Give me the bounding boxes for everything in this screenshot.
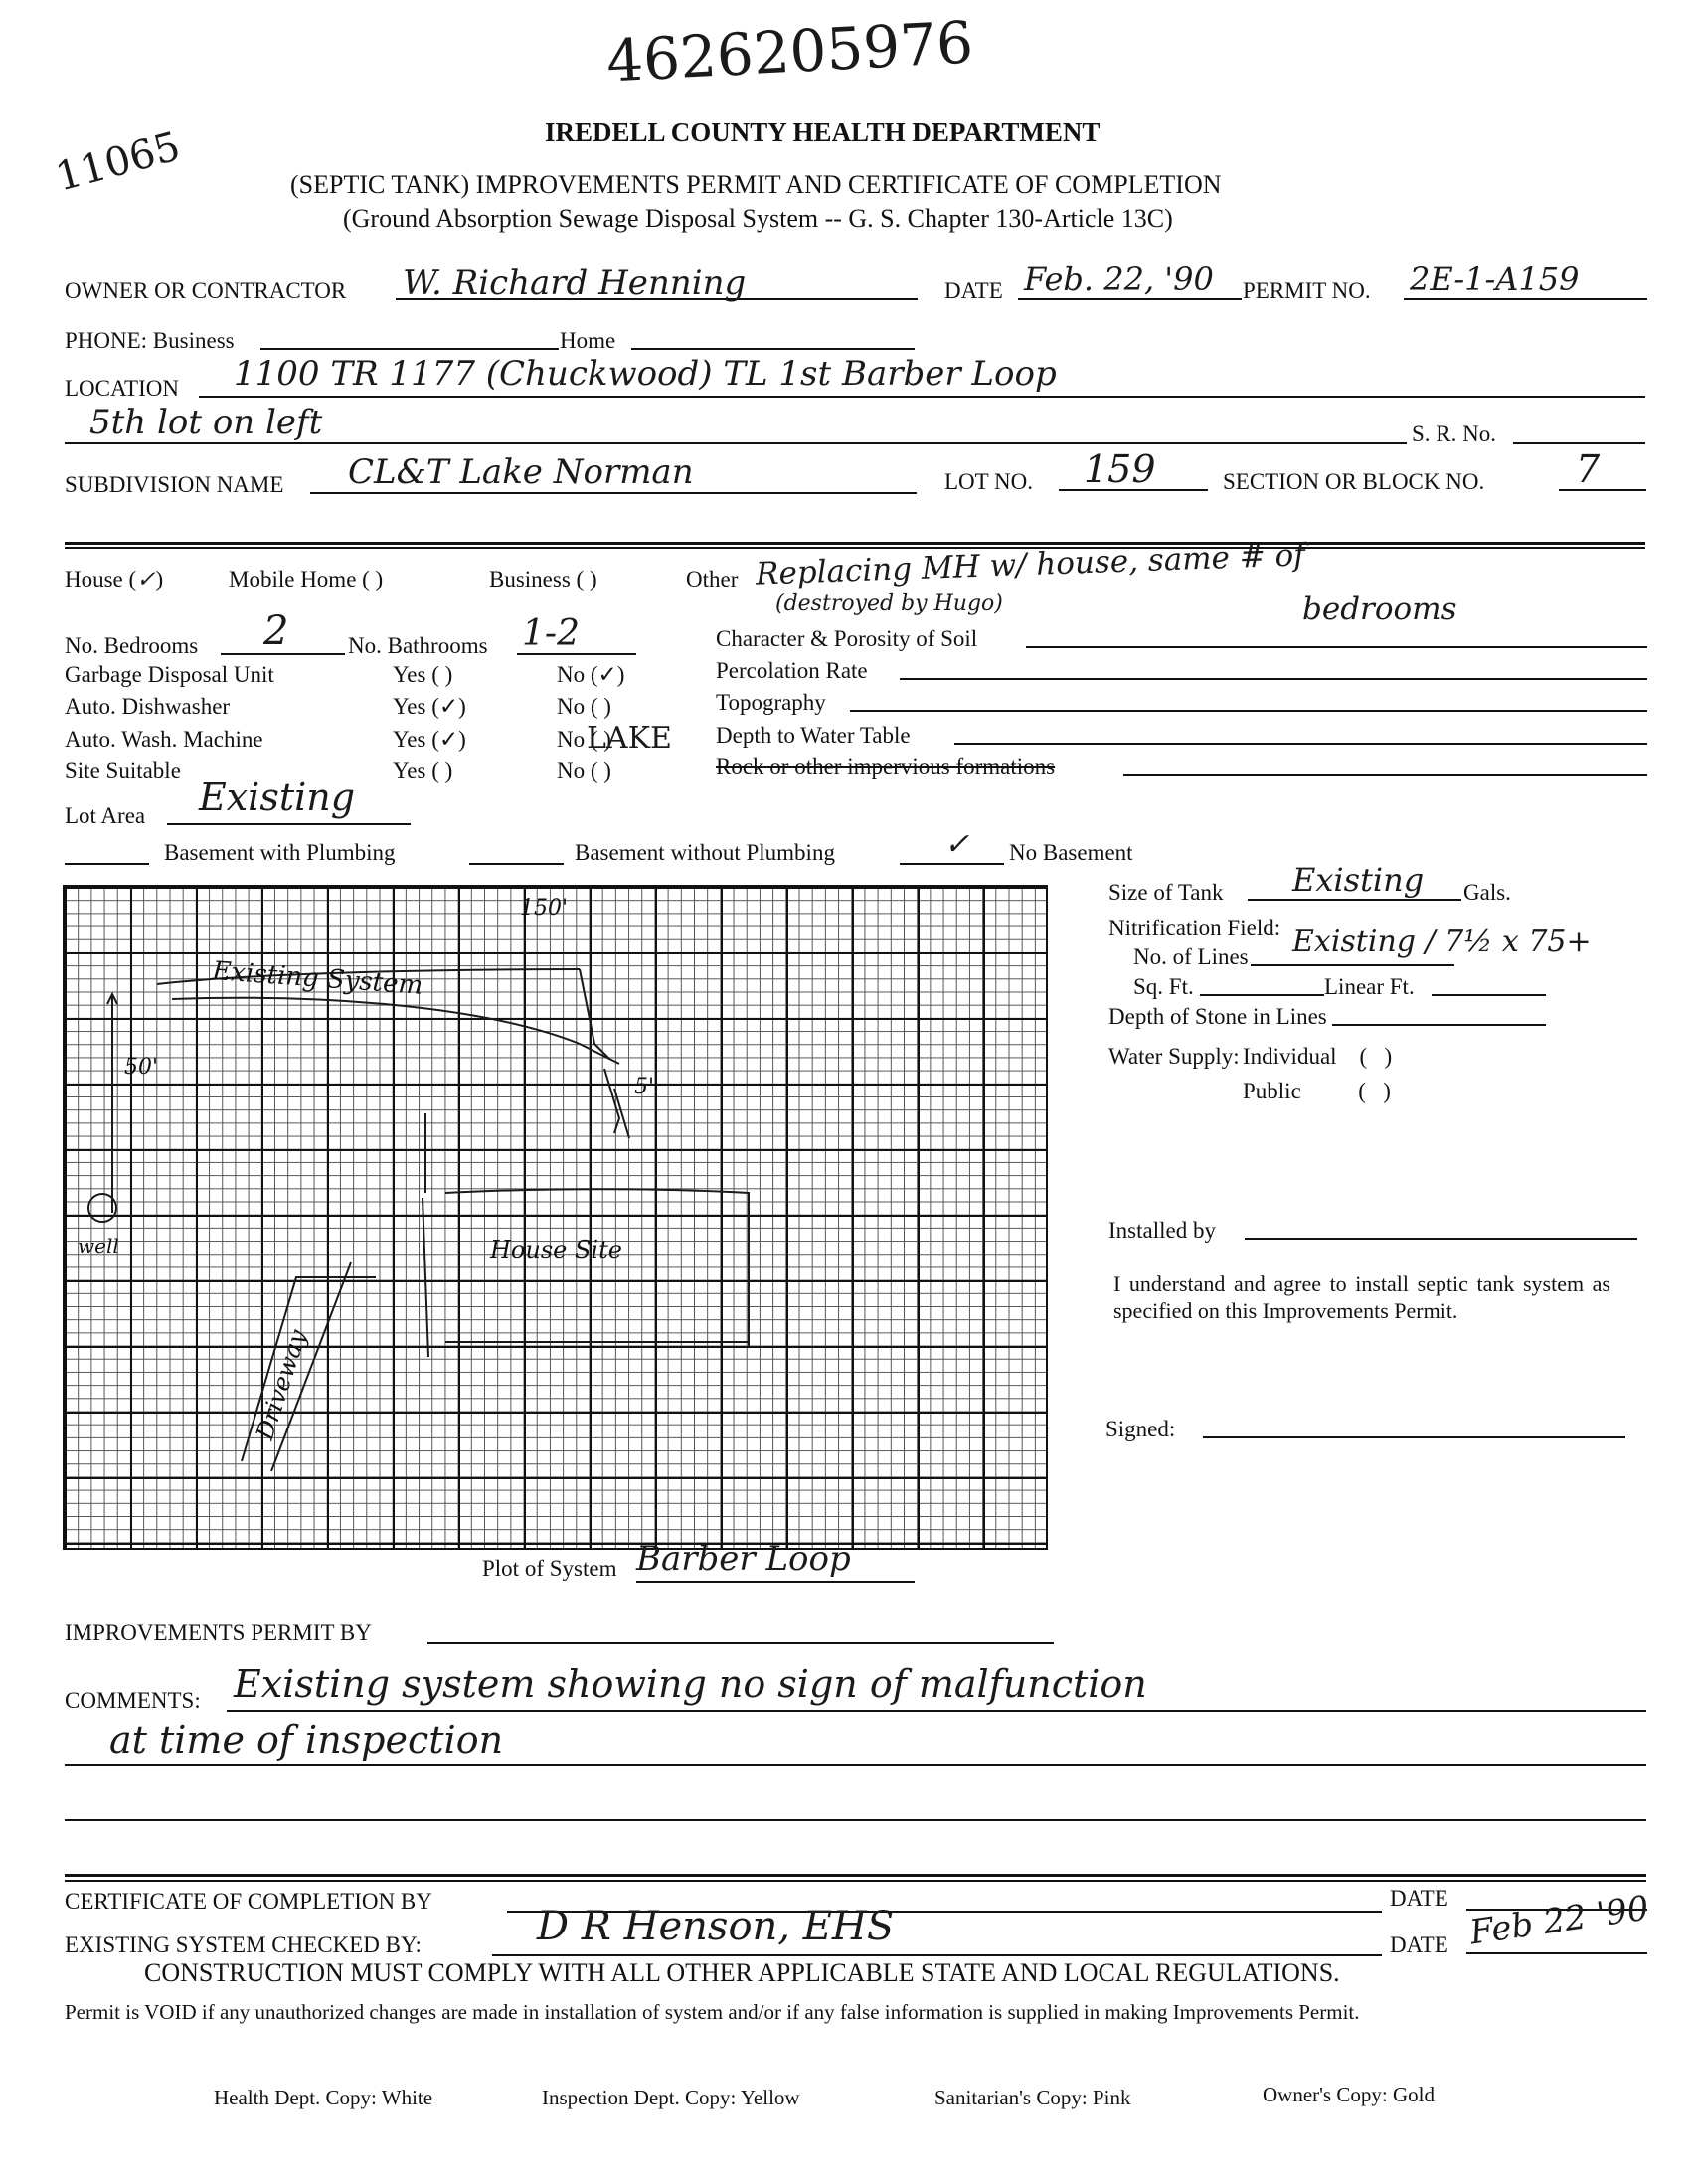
dishwasher-no[interactable]: No ( ) (557, 694, 611, 720)
wash-machine-label: Auto. Wash. Machine (65, 727, 263, 753)
percolation-field[interactable] (900, 678, 1647, 680)
location-line1-field[interactable]: 1100 TR 1177 (Chuckwood) TL 1st Barber L… (234, 354, 1057, 394)
date-field[interactable]: Feb. 22, '90 (1024, 260, 1214, 298)
lake-annotation: LAKE (587, 721, 672, 756)
location-line2-field[interactable]: 5th lot on left (89, 403, 322, 442)
water-table-label: Depth to Water Table (716, 723, 911, 749)
checked-by-label: EXISTING SYSTEM CHECKED BY: (65, 1932, 422, 1958)
other-label: Other (686, 567, 738, 592)
plot-sketch: 150' Existing System 50' 5' well House S… (63, 885, 1044, 1546)
bedrooms-field[interactable]: 2 (263, 608, 288, 654)
phone-business-field[interactable] (260, 348, 559, 350)
linear-ft-field[interactable] (1432, 994, 1546, 996)
sr-no-label: S. R. No. (1412, 421, 1496, 447)
no-basement-checkmark[interactable]: ✓ (944, 827, 969, 862)
installed-by-label: Installed by (1108, 1218, 1216, 1244)
linear-ft-label: Linear Ft. (1324, 974, 1415, 1000)
checked-by-field[interactable]: D R Henson, EHS (537, 1904, 894, 1949)
compliance-notice: CONSTRUCTION MUST COMPLY WITH ALL OTHER … (144, 1958, 1340, 1988)
owner-label: OWNER OR CONTRACTOR (65, 278, 346, 304)
other-field[interactable]: Replacing MH w/ house, same # of (756, 537, 1306, 591)
percolation-label: Percolation Rate (716, 658, 868, 684)
comments-label: COMMENTS: (65, 1688, 201, 1714)
plot-of-system-field[interactable]: Barber Loop (636, 1539, 851, 1579)
phone-business-label: PHONE: Business (65, 328, 235, 354)
site-suitable-no[interactable]: No ( ) (557, 758, 611, 784)
permit-no-label: PERMIT NO. (1243, 278, 1371, 304)
house-checkmark: ✓ (136, 567, 155, 592)
sketch-distance-left: 50' (124, 1055, 158, 1080)
plot-of-system-label: Plot of System (482, 1556, 616, 1582)
signed-label: Signed: (1105, 1417, 1175, 1442)
water-public-option[interactable]: Public ( ) (1243, 1079, 1391, 1104)
void-notice: Permit is VOID if any unauthorized chang… (65, 2000, 1536, 2025)
water-individual-option[interactable]: Individual ( ) (1243, 1044, 1392, 1070)
agency-heading: IREDELL COUNTY HEALTH DEPARTMENT (545, 117, 1100, 148)
stone-depth-label: Depth of Stone in Lines (1108, 1004, 1327, 1030)
installed-by-field[interactable] (1245, 1238, 1637, 1240)
soil-character-field[interactable] (1026, 646, 1647, 648)
section-label: SECTION OR BLOCK NO. (1223, 469, 1484, 495)
tank-size-label: Size of Tank (1108, 880, 1224, 906)
document-number-annotation: 4626205976 (604, 8, 974, 94)
section-field[interactable]: 7 (1576, 447, 1600, 491)
no-of-lines-label: No. of Lines (1133, 944, 1249, 970)
sketch-existing-system: Existing System (211, 956, 424, 1001)
rock-formations-field[interactable] (1123, 774, 1647, 776)
phone-home-label: Home (560, 328, 615, 354)
sq-ft-field[interactable] (1200, 994, 1324, 996)
sq-ft-label: Sq. Ft. (1133, 974, 1194, 1000)
sketch-driveway: Driveway (251, 1326, 312, 1444)
garbage-disposal-yes[interactable]: Yes ( ) (393, 662, 452, 688)
sketch-distance-top: 150' (520, 896, 568, 921)
rock-formations-label: Rock or other impervious formations (716, 755, 1055, 780)
lot-area-field[interactable]: Existing (199, 775, 355, 819)
sketch-house-site: House Site (489, 1236, 622, 1263)
nitrification-label: Nitrification Field: (1108, 916, 1280, 941)
comments-line1[interactable]: Existing system showing no sign of malfu… (234, 1662, 1147, 1706)
basement-with-field[interactable] (65, 863, 149, 865)
water-supply-label: Water Supply: (1108, 1044, 1240, 1070)
lot-no-field[interactable]: 159 (1084, 447, 1156, 491)
no-of-lines-field[interactable]: Existing / 7½ x 75+ (1292, 924, 1592, 959)
owner-field[interactable]: W. Richard Henning (403, 263, 746, 303)
lot-no-label: LOT NO. (944, 469, 1033, 495)
dishwasher-yes[interactable]: Yes (✓) (393, 694, 466, 720)
comments-line2[interactable]: at time of inspection (109, 1718, 503, 1762)
sketch-well: well (78, 1234, 119, 1258)
improvements-permit-by-label: IMPROVEMENTS PERMIT BY (65, 1620, 372, 1646)
permit-no-field[interactable]: 2E-1-A159 (1410, 260, 1579, 298)
other-note: (destroyed by Hugo) (775, 591, 1003, 616)
bathrooms-label: No. Bathrooms (348, 633, 488, 659)
house-option[interactable]: House (✓) (65, 567, 163, 592)
location-label: LOCATION (65, 376, 179, 402)
topography-field[interactable] (850, 710, 1647, 712)
stone-depth-field[interactable] (1332, 1024, 1546, 1026)
mobile-home-option[interactable]: Mobile Home ( ) (229, 567, 383, 592)
form-title: (SEPTIC TANK) IMPROVEMENTS PERMIT AND CE… (290, 170, 1222, 200)
water-table-field[interactable] (954, 743, 1647, 745)
subdivision-field[interactable]: CL&T Lake Norman (348, 452, 694, 492)
date-label: DATE (944, 278, 1003, 304)
subdivision-label: SUBDIVISION NAME (65, 472, 283, 498)
copy-sanitarian: Sanitarian's Copy: Pink (934, 2086, 1130, 2110)
copy-owner: Owner's Copy: Gold (1263, 2083, 1435, 2107)
agreement-text: I understand and agree to install septic… (1113, 1270, 1610, 1324)
checked-date-label: DATE (1390, 1932, 1448, 1958)
gals-label: Gals. (1463, 880, 1511, 906)
bedrooms-label: No. Bedrooms (65, 633, 198, 659)
basement-with-label: Basement with Plumbing (164, 840, 396, 866)
business-option[interactable]: Business ( ) (489, 567, 597, 592)
margin-number-annotation: 11065 (51, 123, 185, 200)
site-suitable-yes[interactable]: Yes ( ) (393, 758, 452, 784)
tank-size-field[interactable]: Existing (1292, 861, 1424, 899)
garbage-disposal-no[interactable]: No (✓) (557, 662, 624, 688)
copy-health-dept: Health Dept. Copy: White (214, 2086, 432, 2110)
bathrooms-field[interactable]: 1-2 (522, 613, 580, 654)
sr-no-field[interactable] (1513, 442, 1645, 444)
signed-field[interactable] (1203, 1436, 1625, 1438)
other-field-continued: bedrooms (1302, 591, 1456, 627)
no-basement-label: No Basement (1009, 840, 1133, 866)
basement-without-label: Basement without Plumbing (575, 840, 835, 866)
wash-machine-yes[interactable]: Yes (✓) (393, 727, 466, 753)
lot-area-label: Lot Area (65, 803, 145, 829)
sketch-distance-right: 5' (634, 1075, 654, 1099)
basement-without-field[interactable] (469, 863, 564, 865)
checked-date-field[interactable]: Feb 22 '90 (1467, 1889, 1651, 1953)
soil-character-label: Character & Porosity of Soil (716, 626, 977, 652)
topography-label: Topography (716, 690, 826, 716)
form-subtitle: (Ground Absorption Sewage Disposal Syste… (343, 204, 1173, 234)
garbage-disposal-label: Garbage Disposal Unit (65, 662, 274, 688)
certificate-date-label: DATE (1390, 1886, 1448, 1912)
certificate-label: CERTIFICATE OF COMPLETION BY (65, 1889, 432, 1915)
improvements-permit-by-field[interactable] (427, 1642, 1054, 1644)
copy-inspection-dept: Inspection Dept. Copy: Yellow (542, 2086, 800, 2110)
site-suitable-label: Site Suitable (65, 758, 181, 784)
dishwasher-label: Auto. Dishwasher (65, 694, 230, 720)
phone-home-field[interactable] (631, 348, 915, 350)
